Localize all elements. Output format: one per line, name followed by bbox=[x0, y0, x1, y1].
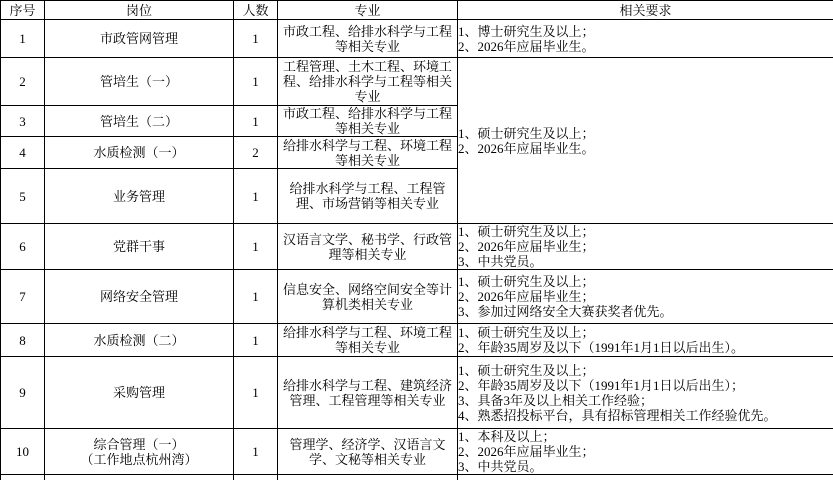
cell-major: 给排水科学与工程、环境工程等相关专业 bbox=[278, 137, 458, 169]
cell-major bbox=[278, 475, 458, 480]
cell-position: 网络安全管理 bbox=[45, 270, 234, 324]
column-header-position: 岗位 bbox=[45, 1, 234, 20]
cell-seq bbox=[1, 475, 45, 480]
cell-position: 水质检测（一） bbox=[45, 137, 234, 169]
cell-count: 1 bbox=[234, 224, 278, 270]
cell-requirements bbox=[458, 475, 833, 480]
cell-seq: 8 bbox=[1, 324, 45, 357]
cell-seq: 3 bbox=[1, 106, 45, 137]
cell-count: 1 bbox=[234, 357, 278, 429]
cell-requirements: 1、硕士研究生及以上； 2、年龄35周岁及以下（1991年1月1日以后出生）； … bbox=[458, 357, 833, 429]
cell-count: 1 bbox=[234, 429, 278, 475]
cell-count: 1 bbox=[234, 324, 278, 357]
table-row-partial bbox=[1, 475, 833, 480]
cell-major: 给排水科学与工程、建筑经济管理、工程管理等相关专业 bbox=[278, 357, 458, 429]
cell-requirements: 1、硕士研究生及以上； 2、年龄35周岁及以下（1991年1月1日以后出生）。 bbox=[458, 324, 833, 357]
cell-requirements: 1、硕士研究生及以上； 2、2026年应届毕业生； 3、中共党员。 bbox=[458, 224, 833, 270]
cell-major: 汉语言文学、秘书学、行政管理等相关专业 bbox=[278, 224, 458, 270]
cell-major: 给排水科学与工程、环境工程等相关专业 bbox=[278, 324, 458, 357]
cell-position: 管培生（二） bbox=[45, 106, 234, 137]
cell-major: 市政工程、给排水科学与工程等相关专业 bbox=[278, 106, 458, 137]
table-row: 6 党群干事 1 汉语言文学、秘书学、行政管理等相关专业 1、硕士研究生及以上；… bbox=[1, 224, 833, 270]
cell-count bbox=[234, 475, 278, 480]
cell-requirements-merged: 1、硕士研究生及以上； 2、2026年应届毕业生。 bbox=[458, 58, 833, 224]
column-header-requirements: 相关要求 bbox=[458, 1, 833, 20]
cell-seq: 4 bbox=[1, 137, 45, 169]
header-row: 序号 岗位 人数 专业 相关要求 bbox=[1, 1, 833, 20]
column-header-count: 人数 bbox=[234, 1, 278, 20]
cell-seq: 2 bbox=[1, 58, 45, 106]
cell-seq: 6 bbox=[1, 224, 45, 270]
cell-count: 1 bbox=[234, 106, 278, 137]
column-header-major: 专业 bbox=[278, 1, 458, 20]
cell-position bbox=[45, 475, 234, 480]
cell-position: 管培生（一） bbox=[45, 58, 234, 106]
cell-major: 工程管理、土木工程、环境工程、给排水科学与工程等相关专业 bbox=[278, 58, 458, 106]
cell-count: 1 bbox=[234, 20, 278, 58]
cell-position: 综合管理（一） （工作地点杭州湾） bbox=[45, 429, 234, 475]
cell-requirements: 1、硕士研究生及以上； 2、2026年应届毕业生； 3、参加过网络安全大赛获奖者… bbox=[458, 270, 833, 324]
table-row: 8 水质检测（二） 1 给排水科学与工程、环境工程等相关专业 1、硕士研究生及以… bbox=[1, 324, 833, 357]
recruitment-positions-table: 序号 岗位 人数 专业 相关要求 1 市政管网管理 1 市政工程、给排水科学与工… bbox=[0, 0, 833, 480]
cell-position: 党群干事 bbox=[45, 224, 234, 270]
table-row: 2 管培生（一） 1 工程管理、土木工程、环境工程、给排水科学与工程等相关专业 … bbox=[1, 58, 833, 106]
column-header-seq: 序号 bbox=[1, 1, 45, 20]
cell-count: 1 bbox=[234, 169, 278, 224]
cell-position: 水质检测（二） bbox=[45, 324, 234, 357]
cell-seq: 10 bbox=[1, 429, 45, 475]
table-row: 9 采购管理 1 给排水科学与工程、建筑经济管理、工程管理等相关专业 1、硕士研… bbox=[1, 357, 833, 429]
cell-seq: 1 bbox=[1, 20, 45, 58]
cell-major: 信息安全、网络空间安全等计算机类相关专业 bbox=[278, 270, 458, 324]
cell-seq: 9 bbox=[1, 357, 45, 429]
cell-seq: 7 bbox=[1, 270, 45, 324]
cell-major: 给排水科学与工程、工程管理、市场营销等相关专业 bbox=[278, 169, 458, 224]
cell-count: 1 bbox=[234, 58, 278, 106]
cell-requirements: 1、博士研究生及以上； 2、2026年应届毕业生。 bbox=[458, 20, 833, 58]
cell-count: 2 bbox=[234, 137, 278, 169]
cell-position: 市政管网管理 bbox=[45, 20, 234, 58]
cell-major: 市政工程、给排水科学与工程等相关专业 bbox=[278, 20, 458, 58]
cell-count: 1 bbox=[234, 270, 278, 324]
cell-seq: 5 bbox=[1, 169, 45, 224]
cell-major: 管理学、经济学、汉语言文学、文秘等相关专业 bbox=[278, 429, 458, 475]
cell-position: 采购管理 bbox=[45, 357, 234, 429]
cell-position: 业务管理 bbox=[45, 169, 234, 224]
table-row: 10 综合管理（一） （工作地点杭州湾） 1 管理学、经济学、汉语言文学、文秘等… bbox=[1, 429, 833, 475]
cell-requirements: 1、本科及以上； 2、2026年应届毕业生； 3、中共党员。 bbox=[458, 429, 833, 475]
table-row: 7 网络安全管理 1 信息安全、网络空间安全等计算机类相关专业 1、硕士研究生及… bbox=[1, 270, 833, 324]
recruitment-table-page: 序号 岗位 人数 专业 相关要求 1 市政管网管理 1 市政工程、给排水科学与工… bbox=[0, 0, 833, 480]
table-row: 1 市政管网管理 1 市政工程、给排水科学与工程等相关专业 1、博士研究生及以上… bbox=[1, 20, 833, 58]
